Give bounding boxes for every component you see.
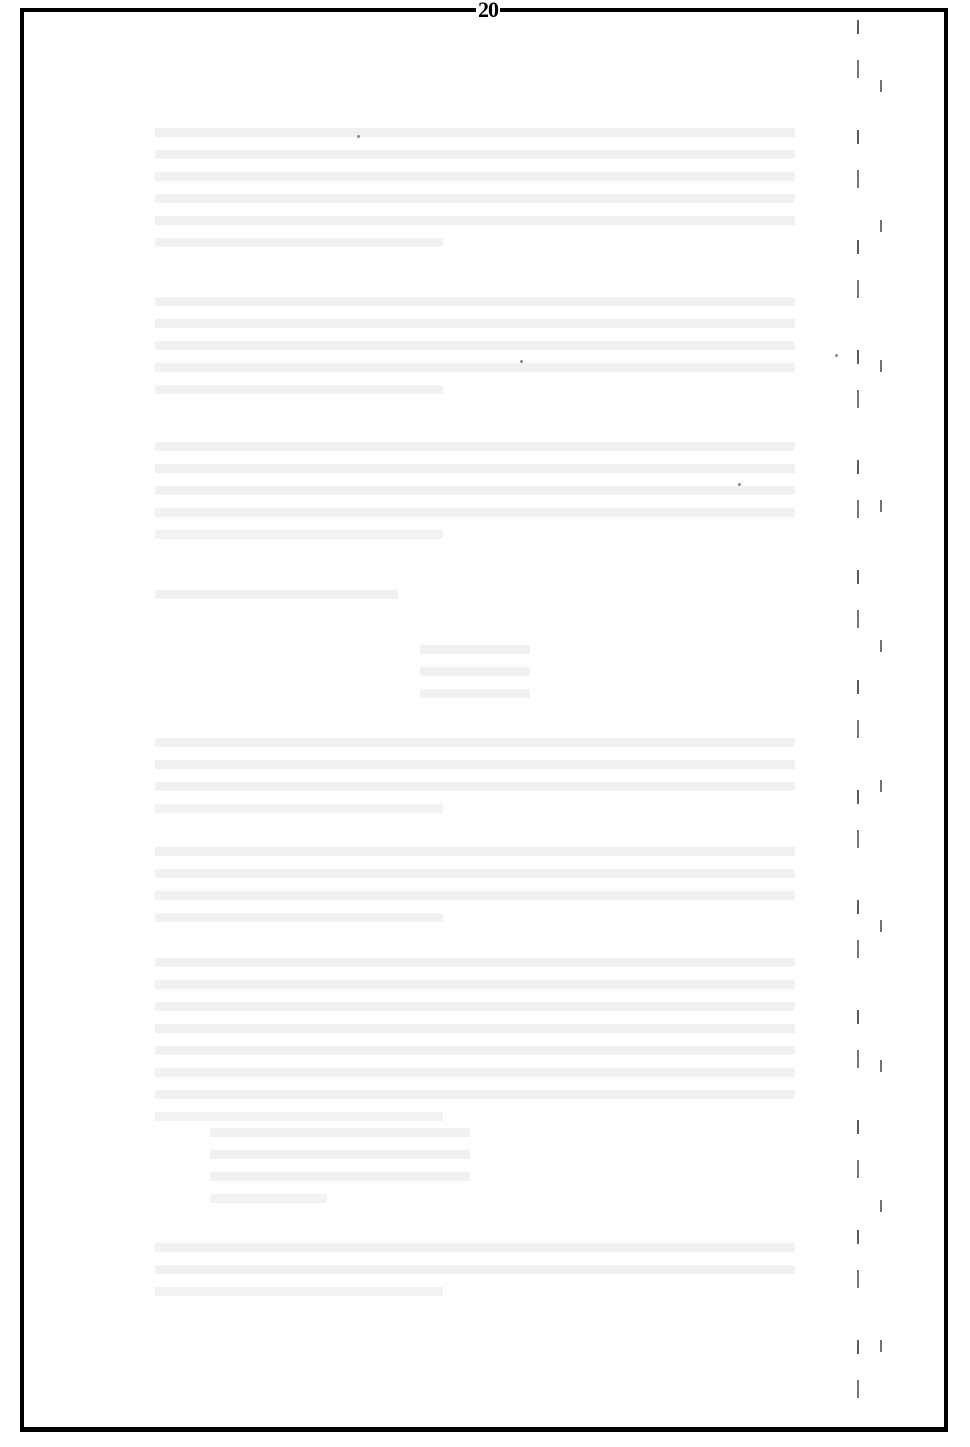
text-line [155, 150, 795, 159]
text-line [155, 869, 795, 878]
text-line [155, 760, 795, 769]
text-line [155, 782, 795, 791]
paragraph [155, 442, 795, 552]
paragraph [155, 297, 795, 407]
text-line [155, 363, 795, 372]
text-line [155, 1112, 443, 1121]
paragraph [155, 590, 795, 612]
paragraph [155, 1243, 795, 1309]
text-line [155, 1002, 795, 1011]
text-line [155, 530, 443, 539]
paragraph [155, 128, 795, 260]
text-line [155, 238, 443, 247]
scan-speck [835, 354, 838, 357]
text-line [420, 645, 530, 654]
text-line [210, 1150, 470, 1159]
text-line [155, 804, 443, 813]
text-line [155, 1287, 443, 1296]
text-line [155, 590, 398, 599]
scan-margin-mark [857, 20, 859, 1420]
text-line [155, 1068, 795, 1077]
scan-speck [738, 483, 741, 486]
text-line [155, 847, 795, 856]
text-line [155, 980, 795, 989]
text-line [210, 1194, 327, 1203]
text-line [155, 216, 795, 225]
paragraph [155, 847, 795, 935]
text-line [420, 667, 530, 676]
scan-speck [520, 360, 523, 363]
text-line [155, 319, 795, 328]
paragraph [210, 1128, 470, 1216]
text-line [155, 341, 795, 350]
text-line [155, 1265, 795, 1274]
text-line [155, 1024, 795, 1033]
text-line [155, 1046, 795, 1055]
text-line [155, 385, 443, 394]
text-line [155, 297, 795, 306]
paragraph [155, 958, 795, 1134]
text-line [155, 958, 795, 967]
text-line [155, 1243, 795, 1252]
text-line [155, 194, 795, 203]
text-line [155, 738, 795, 747]
page-number: 20 [476, 0, 500, 20]
scan-margin-mark [880, 20, 882, 1420]
text-line [420, 689, 530, 698]
text-line [155, 1090, 795, 1099]
scan-speck [357, 135, 360, 138]
text-line [155, 913, 443, 922]
text-line [155, 508, 795, 517]
paragraph [155, 738, 795, 826]
text-line [210, 1172, 470, 1181]
text-line [155, 486, 795, 495]
paragraph [420, 645, 530, 711]
text-line [210, 1128, 470, 1137]
text-line [155, 891, 795, 900]
text-line [155, 464, 795, 473]
text-line [155, 172, 795, 181]
text-line [155, 128, 795, 137]
text-line [155, 442, 795, 451]
